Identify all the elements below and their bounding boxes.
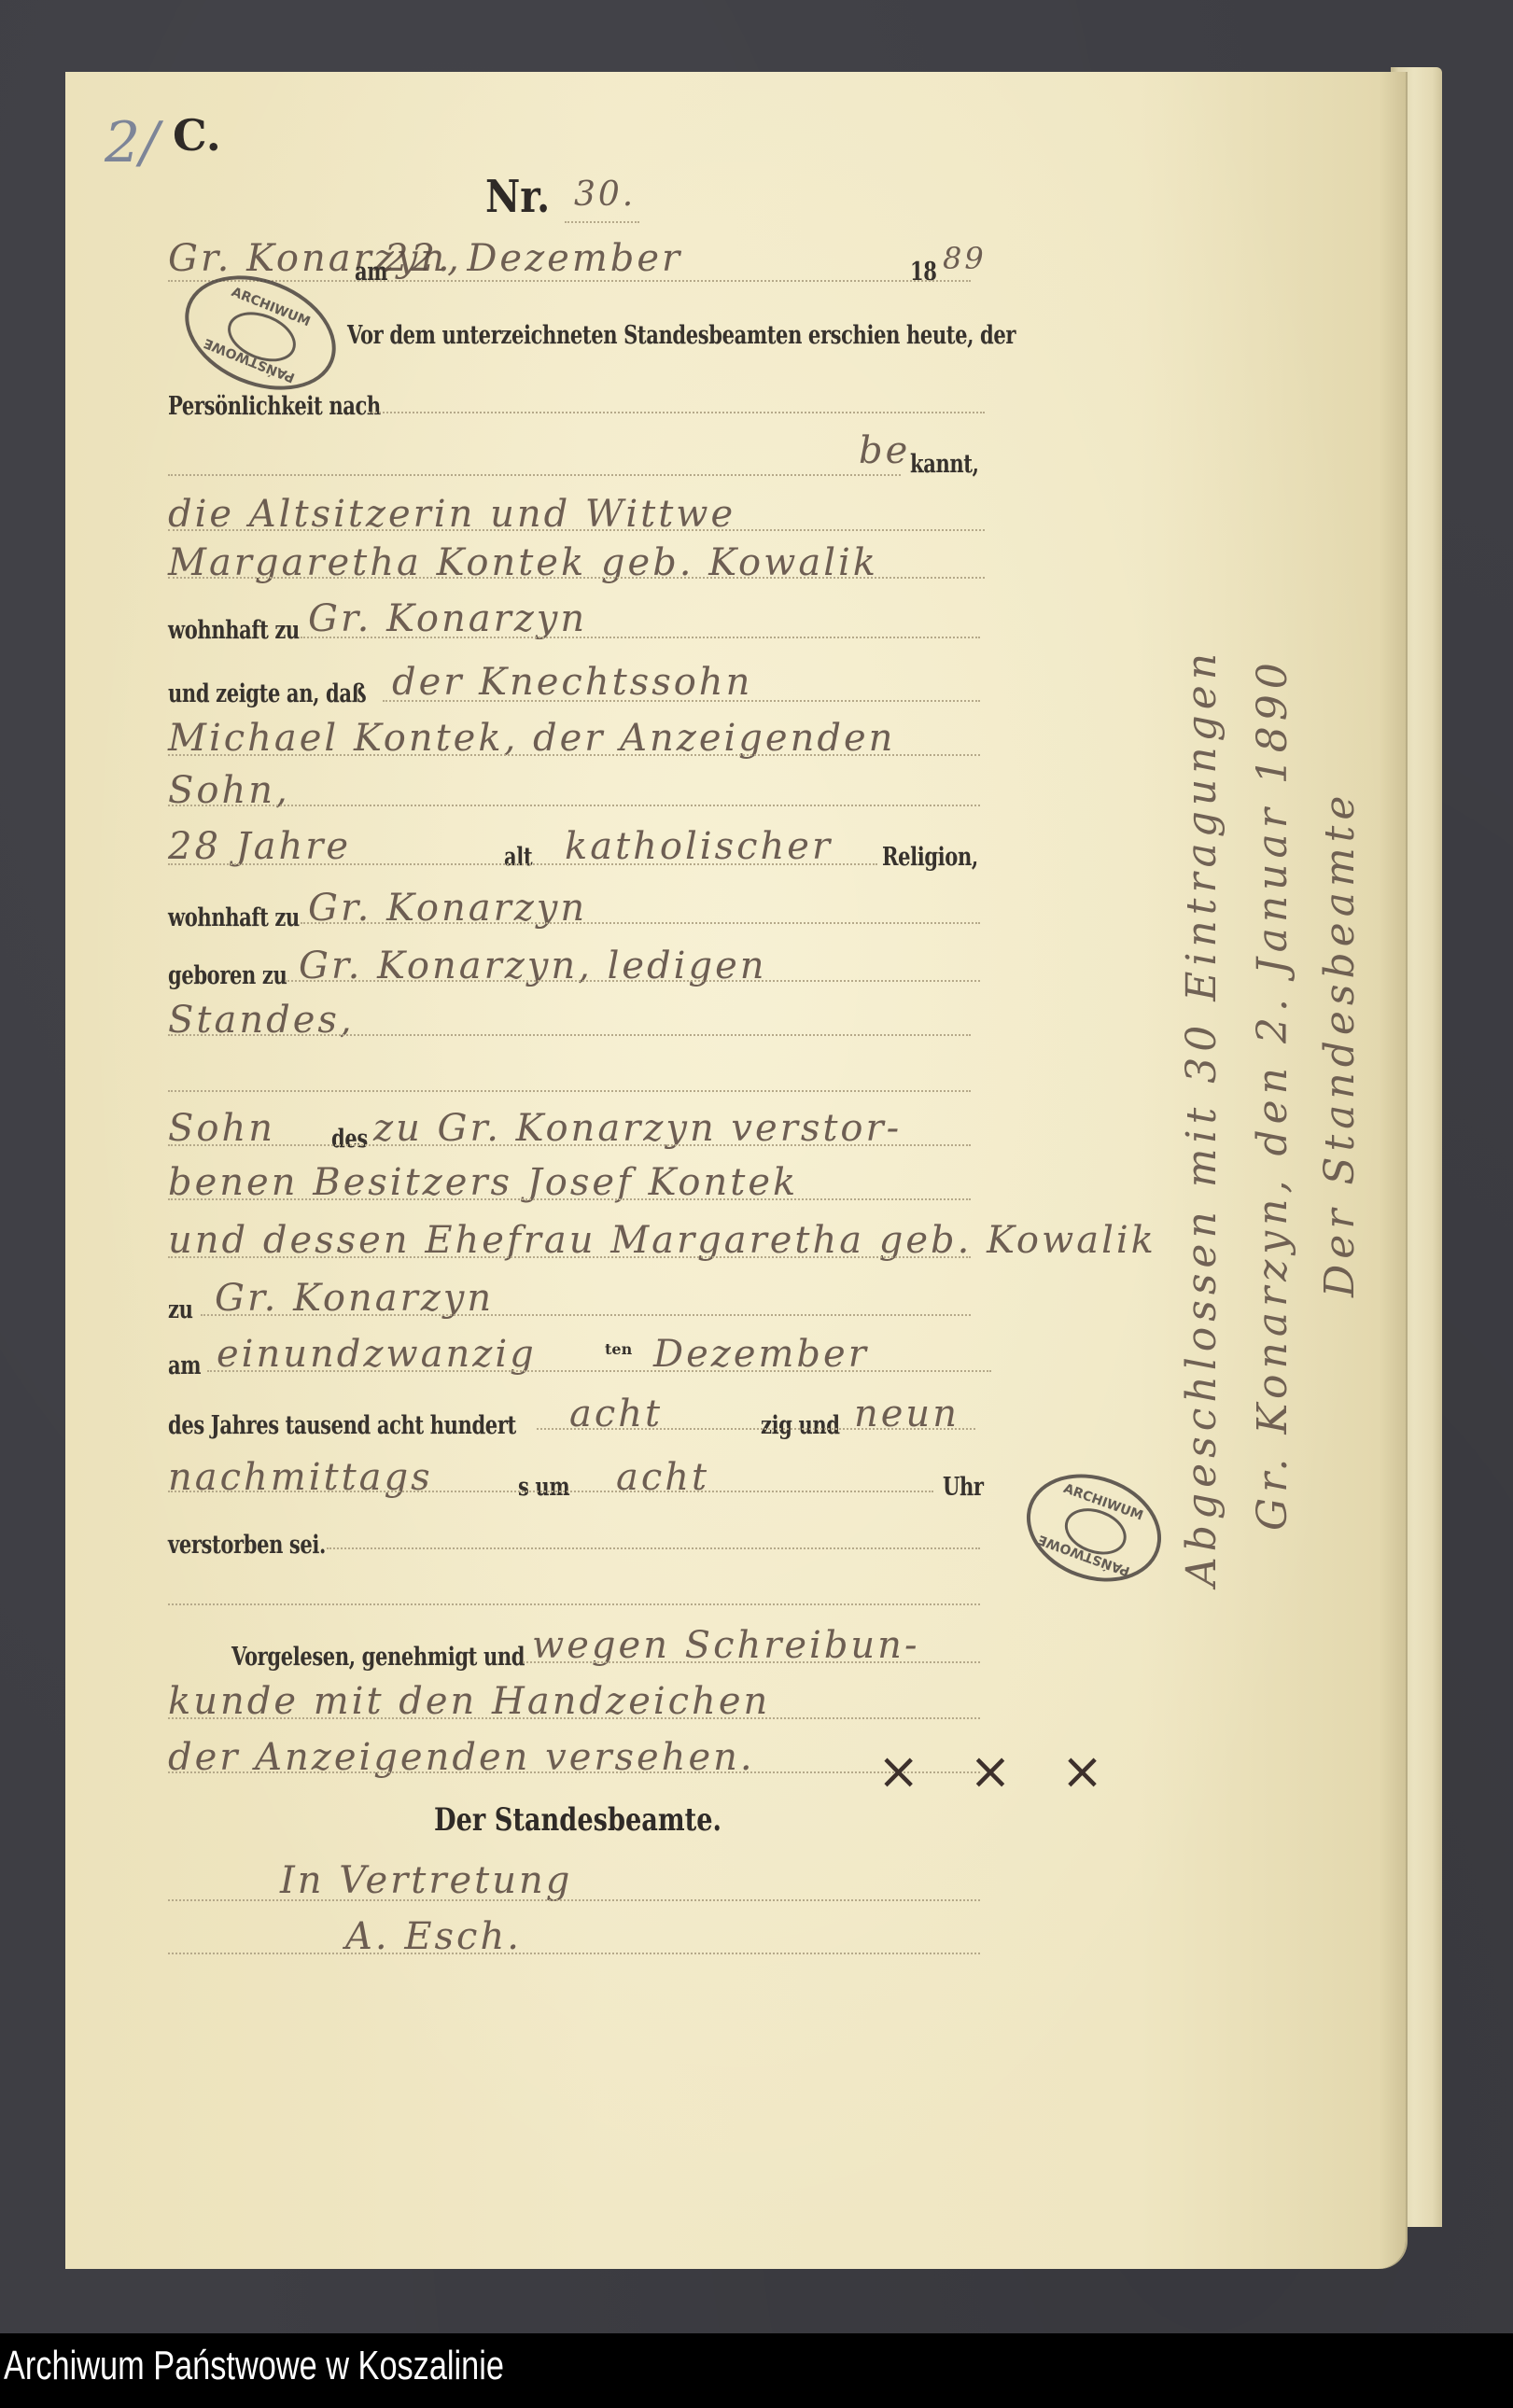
line xyxy=(168,1899,980,1901)
parents-des-label: des xyxy=(331,1125,368,1154)
line xyxy=(168,1603,980,1605)
number-value: 30. xyxy=(574,175,636,214)
number-line xyxy=(565,221,639,223)
line xyxy=(168,1256,971,1258)
vorgelesen-label: Vorgelesen, genehmigt und xyxy=(231,1643,525,1672)
official-title: Der Standesbeamte. xyxy=(434,1801,721,1839)
alt-label: alt xyxy=(504,843,532,872)
line xyxy=(168,1198,971,1200)
line xyxy=(537,1428,975,1430)
line xyxy=(168,529,985,531)
zeigte-label: und zeigte an, daß xyxy=(168,679,366,708)
line xyxy=(168,863,877,865)
wohnhaft-1-value: Gr. Konarzyn xyxy=(308,597,587,640)
zig-label: zig und xyxy=(761,1411,840,1440)
persoenlichkeit-line xyxy=(369,412,985,413)
age-value: 28 Jahre xyxy=(168,825,351,868)
line xyxy=(383,700,980,702)
jahres-label: des Jahres tausend acht hundert xyxy=(168,1411,516,1440)
line xyxy=(327,1547,980,1549)
wohnhaft-2-label: wohnhaft zu xyxy=(168,903,300,932)
archive-name: Archiwum Państwowe w Koszalinie xyxy=(4,2343,504,2389)
persoenlichkeit-label: Persönlichkeit nach xyxy=(168,392,381,421)
verstorben-label: verstorben sei. xyxy=(168,1531,326,1560)
line xyxy=(168,1953,980,1954)
line xyxy=(168,577,985,579)
line xyxy=(168,1034,971,1036)
wohnhaft-1-label: wohnhaft zu xyxy=(168,616,300,645)
margin-note-2: Gr. Konarzyn, den 2. Januar 1890 xyxy=(1249,657,1296,1531)
line xyxy=(285,980,980,982)
am-label-2: am xyxy=(168,1351,201,1380)
mark-crosses: × × × xyxy=(877,1742,1120,1800)
archive-banner: Archiwum Państwowe w Koszalinie xyxy=(0,2333,1513,2408)
line xyxy=(168,754,980,756)
line xyxy=(168,1144,971,1146)
line xyxy=(168,805,980,806)
line xyxy=(168,1717,980,1719)
zeigte-value: der Knechtssohn xyxy=(392,661,752,704)
kannt-line xyxy=(168,474,901,476)
section-letter: C. xyxy=(173,110,221,161)
line xyxy=(523,1661,980,1663)
um-label: s um xyxy=(518,1473,569,1502)
zu-label: zu xyxy=(168,1295,192,1324)
line xyxy=(168,1771,980,1773)
time-value: nachmittags xyxy=(168,1456,433,1499)
date-line xyxy=(168,280,971,282)
kannt-label: kannt, xyxy=(910,450,979,479)
margin-note-3: Der Standesbeamte xyxy=(1316,791,1364,1297)
line xyxy=(207,1370,991,1372)
number-label: Nr. xyxy=(485,171,550,223)
uhr-label: Uhr xyxy=(943,1473,984,1502)
religion-value: katholischer xyxy=(565,825,833,868)
year-prefix: 18 xyxy=(910,258,937,287)
intro-text: Vor dem unterzeichneten Standesbeamten e… xyxy=(347,321,1016,350)
year-suffix: 89 xyxy=(943,241,987,276)
am-label: am xyxy=(355,258,387,287)
signature-line-1: In Vertretung xyxy=(280,1859,572,1902)
am-superscript: ten xyxy=(605,1340,632,1358)
kannt-hand: be xyxy=(859,429,910,472)
religion-label: Religion, xyxy=(882,843,978,872)
line xyxy=(201,1314,971,1316)
margin-note-1: Abgeschlossen mit 30 Eintragungen xyxy=(1178,648,1226,1587)
hour-value: acht xyxy=(616,1456,709,1499)
line xyxy=(301,922,980,924)
date-value: 22. Dezember xyxy=(385,237,682,280)
line xyxy=(168,1090,971,1092)
line xyxy=(301,637,980,638)
line xyxy=(168,1491,933,1492)
pencil-note: 2/ xyxy=(105,110,159,175)
geboren-label: geboren zu xyxy=(168,961,287,990)
